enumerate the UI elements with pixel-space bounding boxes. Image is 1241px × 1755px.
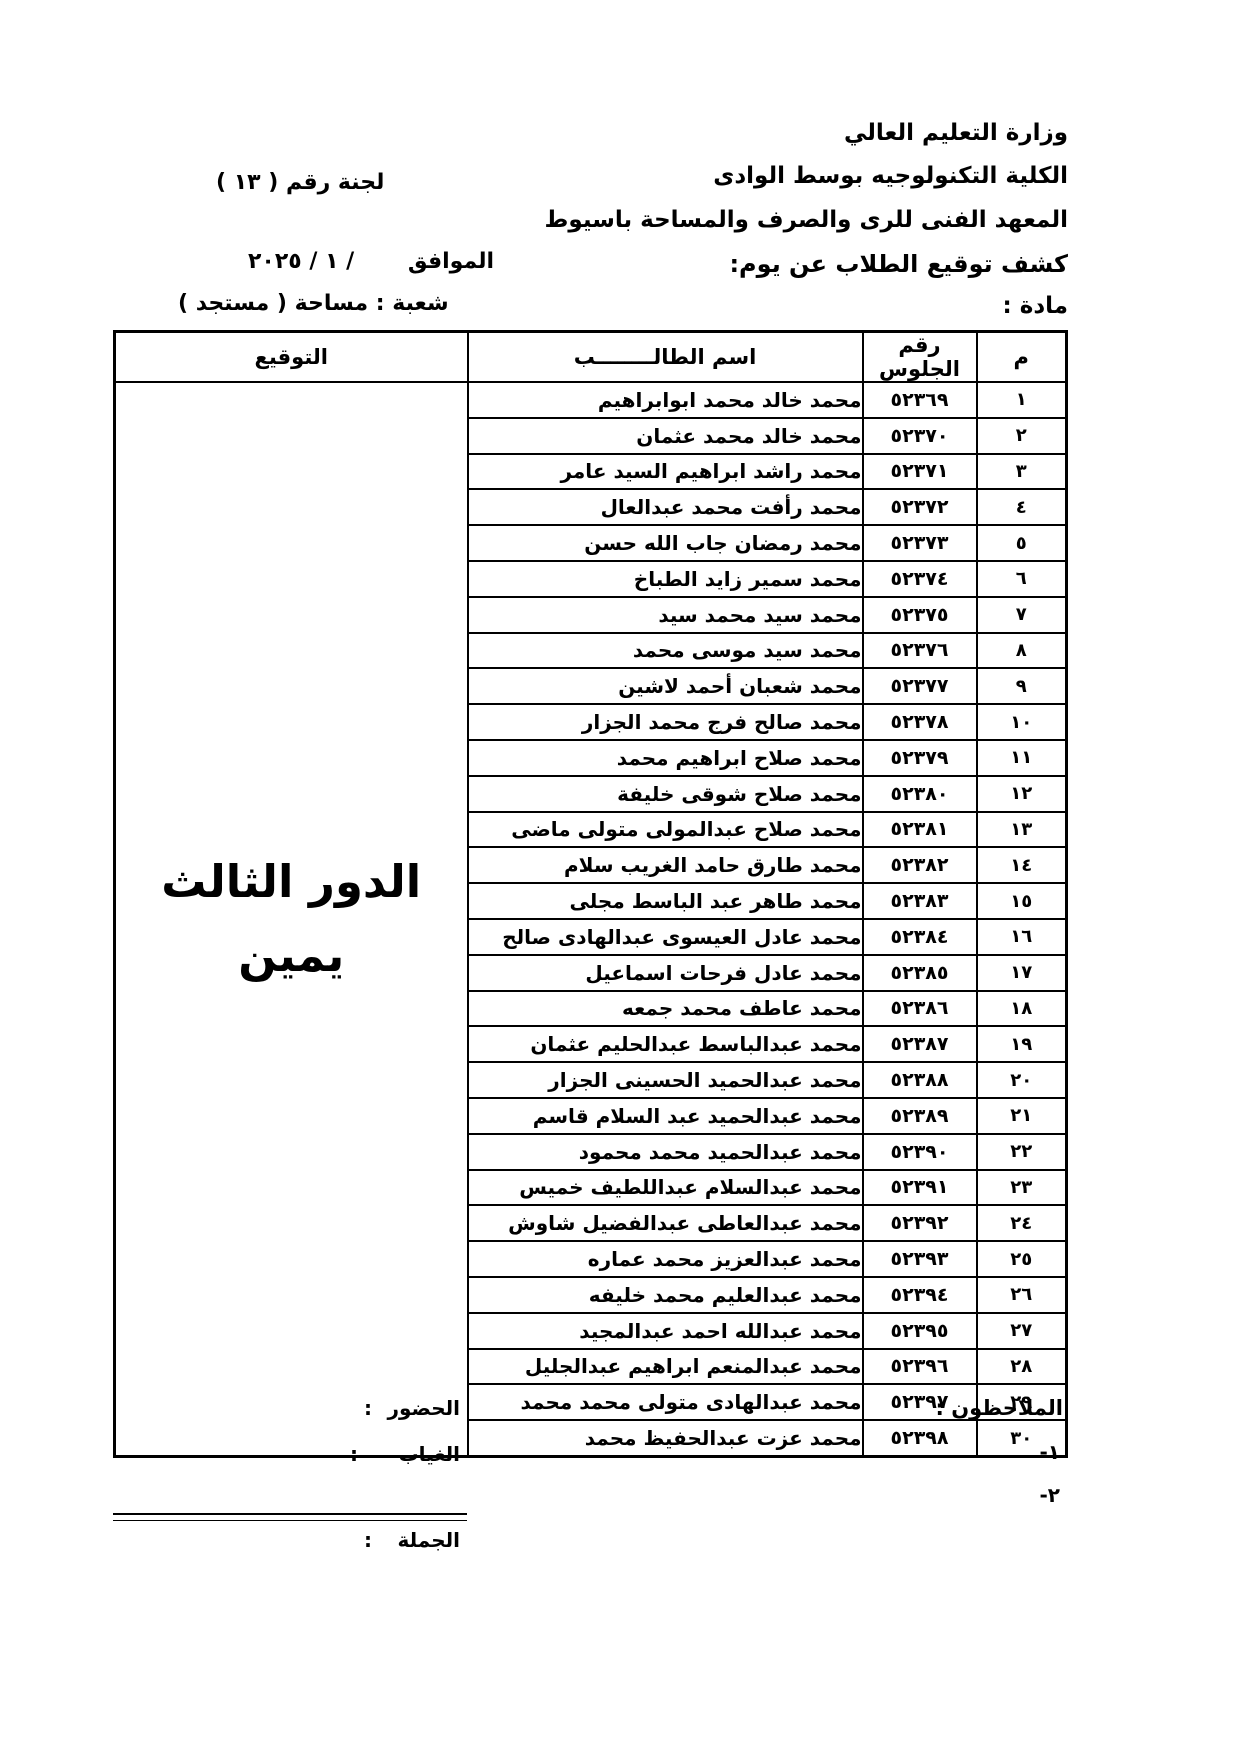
student-name: محمد عبدالهادى متولى محمد محمد — [468, 1384, 863, 1420]
student-name: محمد عادل العيسوى عبدالهادى صالح — [468, 919, 863, 955]
students-table-body: ١٥٢٣٦٩محمد خالد محمد ابوابراهيمالدور الث… — [115, 382, 1067, 1456]
student-name: محمد طاهر عبد الباسط مجلى — [468, 883, 863, 919]
seat-number: ٥٢٣٨٩ — [863, 1098, 977, 1134]
row-index: ٢٨ — [977, 1349, 1067, 1385]
student-name: محمد راشد ابراهيم السيد عامر — [468, 454, 863, 490]
student-name: محمد رأفت محمد عبدالعال — [468, 489, 863, 525]
observers-label: الملاحظون : — [936, 1396, 1064, 1420]
seat-number: ٥٢٣٩٤ — [863, 1277, 977, 1313]
student-name: محمد عبدالعاطى عبدالفضيل شاوش — [468, 1205, 863, 1241]
seat-number: ٥٢٣٩٥ — [863, 1313, 977, 1349]
seat-number: ٥٢٣٧٤ — [863, 561, 977, 597]
seat-number: ٥٢٣٧٦ — [863, 633, 977, 669]
institute-title: المعهد الفنى للرى والصرف والمساحة باسيوط — [545, 207, 1068, 233]
row-index: ١١ — [977, 740, 1067, 776]
row-index: ٩ — [977, 668, 1067, 704]
signature-note-line-1: الدور الثالث — [116, 845, 467, 919]
col-header-signature: التوقيع — [115, 332, 468, 383]
seat-number: ٥٢٣٨٨ — [863, 1062, 977, 1098]
absence-label: الغياب — [399, 1442, 460, 1466]
observer-item-1: ١- — [1039, 1440, 1060, 1464]
attendance-label: الحضور — [387, 1396, 460, 1420]
seat-number: ٥٢٣٨١ — [863, 812, 977, 848]
seat-number: ٥٢٣٨٧ — [863, 1026, 977, 1062]
seat-number: ٥٢٣٨٤ — [863, 919, 977, 955]
signature-cell: الدور الثالثيمين — [115, 382, 468, 1456]
seat-number: ٥٢٣٩٠ — [863, 1134, 977, 1170]
col-header-index: م — [977, 332, 1067, 383]
signature-sheet-page: وزارة التعليم العالي الكلية التكنولوجيه … — [0, 0, 1241, 1755]
student-name: محمد صلاح شوقى خليفة — [468, 776, 863, 812]
attendance-line: الحضور : — [364, 1396, 460, 1420]
total-line: الجملة : — [364, 1528, 460, 1552]
seat-number: ٥٢٣٩٣ — [863, 1241, 977, 1277]
seat-number: ٥٢٣٧٢ — [863, 489, 977, 525]
row-index: ٧ — [977, 597, 1067, 633]
row-index: ٦ — [977, 561, 1067, 597]
signature-location-note: الدور الثالثيمين — [116, 845, 467, 994]
seat-number: ٥٢٣٩١ — [863, 1170, 977, 1206]
seat-number: ٥٢٣٧٩ — [863, 740, 977, 776]
student-name: محمد عبدالحميد عبد السلام قاسم — [468, 1098, 863, 1134]
ministry-title: وزارة التعليم العالي — [844, 120, 1068, 146]
row-index: ٥ — [977, 525, 1067, 561]
student-name: محمد عبدالله احمد عبدالمجيد — [468, 1313, 863, 1349]
row-index: ٤ — [977, 489, 1067, 525]
row-index: ١ — [977, 382, 1067, 418]
table-header-row: م رقم الجلوس اسم الطالــــــــب التوقيع — [115, 332, 1067, 383]
student-name: محمد خالد محمد عثمان — [468, 418, 863, 454]
student-name: محمد عبدالعليم محمد خليفه — [468, 1277, 863, 1313]
student-name: محمد سمير زايد الطباخ — [468, 561, 863, 597]
seat-number: ٥٢٣٧٧ — [863, 668, 977, 704]
row-index: ٢ — [977, 418, 1067, 454]
seat-number: ٥٢٣٦٩ — [863, 382, 977, 418]
row-index: ٢٧ — [977, 1313, 1067, 1349]
student-name: محمد عبدالسلام عبداللطيف خميس — [468, 1170, 863, 1206]
college-title: الكلية التكنولوجيه بوسط الوادى — [713, 163, 1068, 189]
row-index: ٣ — [977, 454, 1067, 490]
sheet-title: كشف توقيع الطلاب عن يوم: — [729, 250, 1068, 278]
student-name: محمد رمضان جاب الله حسن — [468, 525, 863, 561]
student-name: محمد عبدالحميد الحسينى الجزار — [468, 1062, 863, 1098]
student-name: محمد عبدالمنعم ابراهيم عبدالجليل — [468, 1349, 863, 1385]
row-index: ٢٢ — [977, 1134, 1067, 1170]
student-name: محمد عاطف محمد جمعه — [468, 991, 863, 1027]
subject-label: مادة : — [1003, 293, 1068, 319]
seat-number: ٥٢٣٨٠ — [863, 776, 977, 812]
row-index: ١٤ — [977, 847, 1067, 883]
row-index: ١٢ — [977, 776, 1067, 812]
seat-number: ٥٢٣٩٦ — [863, 1349, 977, 1385]
row-index: ٢١ — [977, 1098, 1067, 1134]
student-name: محمد شعبان أحمد لاشين — [468, 668, 863, 704]
student-name: محمد خالد محمد ابوابراهيم — [468, 382, 863, 418]
division-label: شعبة : مساحة ( مستجد ) — [178, 291, 449, 316]
col-header-name: اسم الطالــــــــب — [468, 332, 863, 383]
student-name: محمد عبدالباسط عبدالحليم عثمان — [468, 1026, 863, 1062]
signature-note-line-2: يمين — [116, 919, 467, 993]
seat-number: ٥٢٣٧١ — [863, 454, 977, 490]
student-name: محمد عبدالحميد محمد محمود — [468, 1134, 863, 1170]
seat-number: ٥٢٣٧٣ — [863, 525, 977, 561]
row-index: ١٨ — [977, 991, 1067, 1027]
students-table: م رقم الجلوس اسم الطالــــــــب التوقيع … — [113, 330, 1068, 1458]
row-index: ٢٥ — [977, 1241, 1067, 1277]
row-index: ١٦ — [977, 919, 1067, 955]
student-name: محمد صالح فرج محمد الجزار — [468, 704, 863, 740]
attendance-colon: : — [364, 1396, 372, 1420]
student-name: محمد عزت عبدالحفيظ محمد — [468, 1420, 863, 1456]
row-index: ١٥ — [977, 883, 1067, 919]
seat-number: ٥٢٣٩٨ — [863, 1420, 977, 1456]
total-label: الجملة — [398, 1528, 460, 1552]
seat-number: ٥٢٣٨٢ — [863, 847, 977, 883]
seat-number: ٥٢٣٨٣ — [863, 883, 977, 919]
student-name: محمد سيد موسى محمد — [468, 633, 863, 669]
row-index: ٢٤ — [977, 1205, 1067, 1241]
total-separator-line — [113, 1513, 467, 1521]
absence-colon: : — [350, 1442, 358, 1466]
date-value: / ١ / ٢٠٢٥ — [248, 249, 354, 274]
student-name: محمد عبدالعزيز محمد عماره — [468, 1241, 863, 1277]
student-name: محمد صلاح ابراهيم محمد — [468, 740, 863, 776]
student-name: محمد عادل فرحات اسماعيل — [468, 955, 863, 991]
committee-number: لجنة رقم ( ١٣ ) — [216, 170, 384, 195]
seat-number: ٥٢٣٨٦ — [863, 991, 977, 1027]
row-index: ١٣ — [977, 812, 1067, 848]
row-index: ٨ — [977, 633, 1067, 669]
row-index: ٢٠ — [977, 1062, 1067, 1098]
row-index: ١٩ — [977, 1026, 1067, 1062]
row-index: ١٠ — [977, 704, 1067, 740]
seat-number: ٥٢٣٧٠ — [863, 418, 977, 454]
table-row: ١٥٢٣٦٩محمد خالد محمد ابوابراهيمالدور الث… — [115, 382, 1067, 418]
date-label: الموافق — [408, 249, 494, 274]
absence-line: الغياب : — [350, 1442, 460, 1466]
student-name: محمد صلاح عبدالمولى متولى ماضى — [468, 812, 863, 848]
seat-number: ٥٢٣٧٨ — [863, 704, 977, 740]
observer-item-2: ٢- — [1039, 1483, 1060, 1507]
row-index: ٢٦ — [977, 1277, 1067, 1313]
total-colon: : — [364, 1528, 372, 1552]
student-name: محمد سيد محمد سيد — [468, 597, 863, 633]
seat-number: ٥٢٣٩٢ — [863, 1205, 977, 1241]
seat-number: ٥٢٣٨٥ — [863, 955, 977, 991]
seat-number: ٥٢٣٧٥ — [863, 597, 977, 633]
date-line: الموافق / ١ / ٢٠٢٥ — [248, 249, 494, 274]
student-name: محمد طارق حامد الغريب سلام — [468, 847, 863, 883]
col-header-seat: رقم الجلوس — [863, 332, 977, 383]
row-index: ١٧ — [977, 955, 1067, 991]
row-index: ٢٣ — [977, 1170, 1067, 1206]
